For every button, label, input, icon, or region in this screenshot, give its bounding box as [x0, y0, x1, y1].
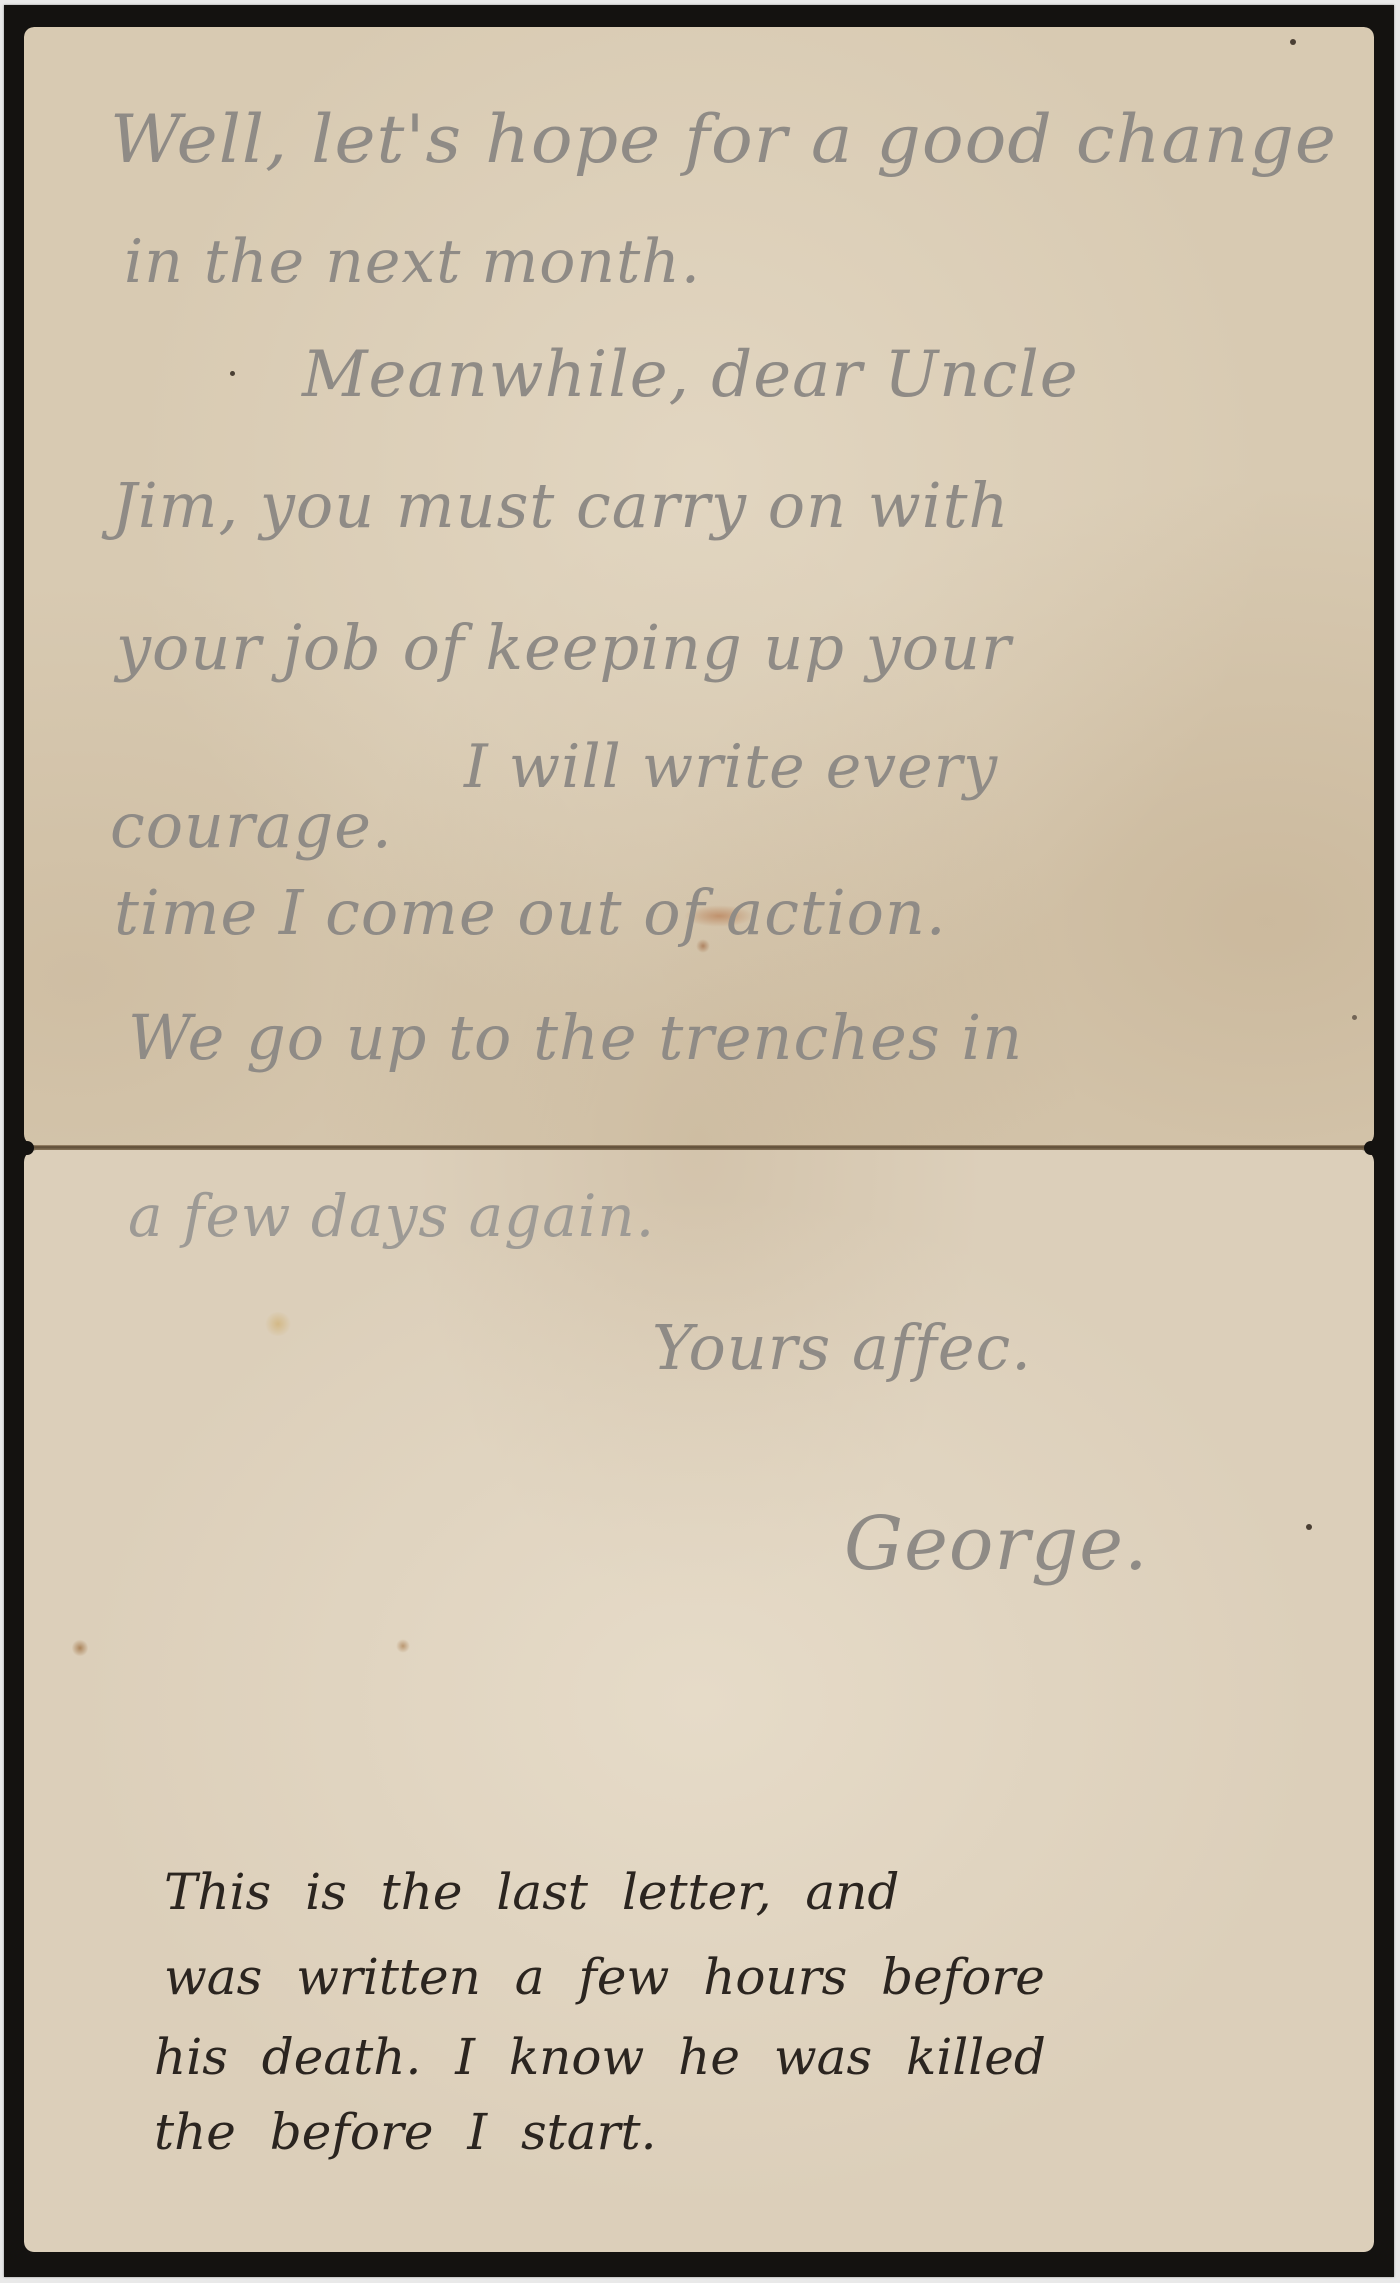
ink-speck — [1290, 39, 1296, 45]
ink-speck — [1306, 1524, 1312, 1530]
postscript-line: his death. I know he was killed — [154, 2032, 1046, 2082]
ink-speck — [230, 371, 235, 376]
letter-line: Jim, you must carry on with — [112, 475, 1009, 537]
letter-line: We go up to the trenches in — [128, 1007, 1023, 1069]
postscript-line: was written a few hours before — [164, 1952, 1045, 2002]
letter-closing: Yours affec. — [652, 1317, 1032, 1379]
letter-line: in the next month. — [124, 232, 701, 292]
foxing-spot — [72, 1639, 88, 1657]
fold-crease — [24, 1145, 1374, 1150]
letter-line: time I come out of action. — [114, 882, 947, 944]
foxing-spot — [396, 1639, 410, 1653]
letter-line: courage. — [110, 795, 393, 857]
ink-speck — [1352, 1015, 1357, 1020]
letter-line: a few days again. — [128, 1187, 655, 1245]
postscript-line: This is the last letter, and — [164, 1867, 899, 1917]
letter-line: your job of keeping up your — [116, 617, 1012, 679]
postscript-line: the before I start. — [154, 2107, 656, 2157]
letter-line: Well, let's hope for a good change — [110, 107, 1337, 173]
fold-notch-right — [1364, 1141, 1374, 1155]
letter-line: I will write every — [464, 737, 998, 797]
foxing-spot — [264, 1312, 292, 1336]
letter-upper-panel — [24, 27, 1374, 1146]
letter-line: Meanwhile, dear Uncle — [302, 343, 1079, 407]
letter-signature: George. — [844, 1507, 1149, 1581]
letter-sheet: Well, let's hope for a good change in th… — [24, 27, 1374, 2252]
